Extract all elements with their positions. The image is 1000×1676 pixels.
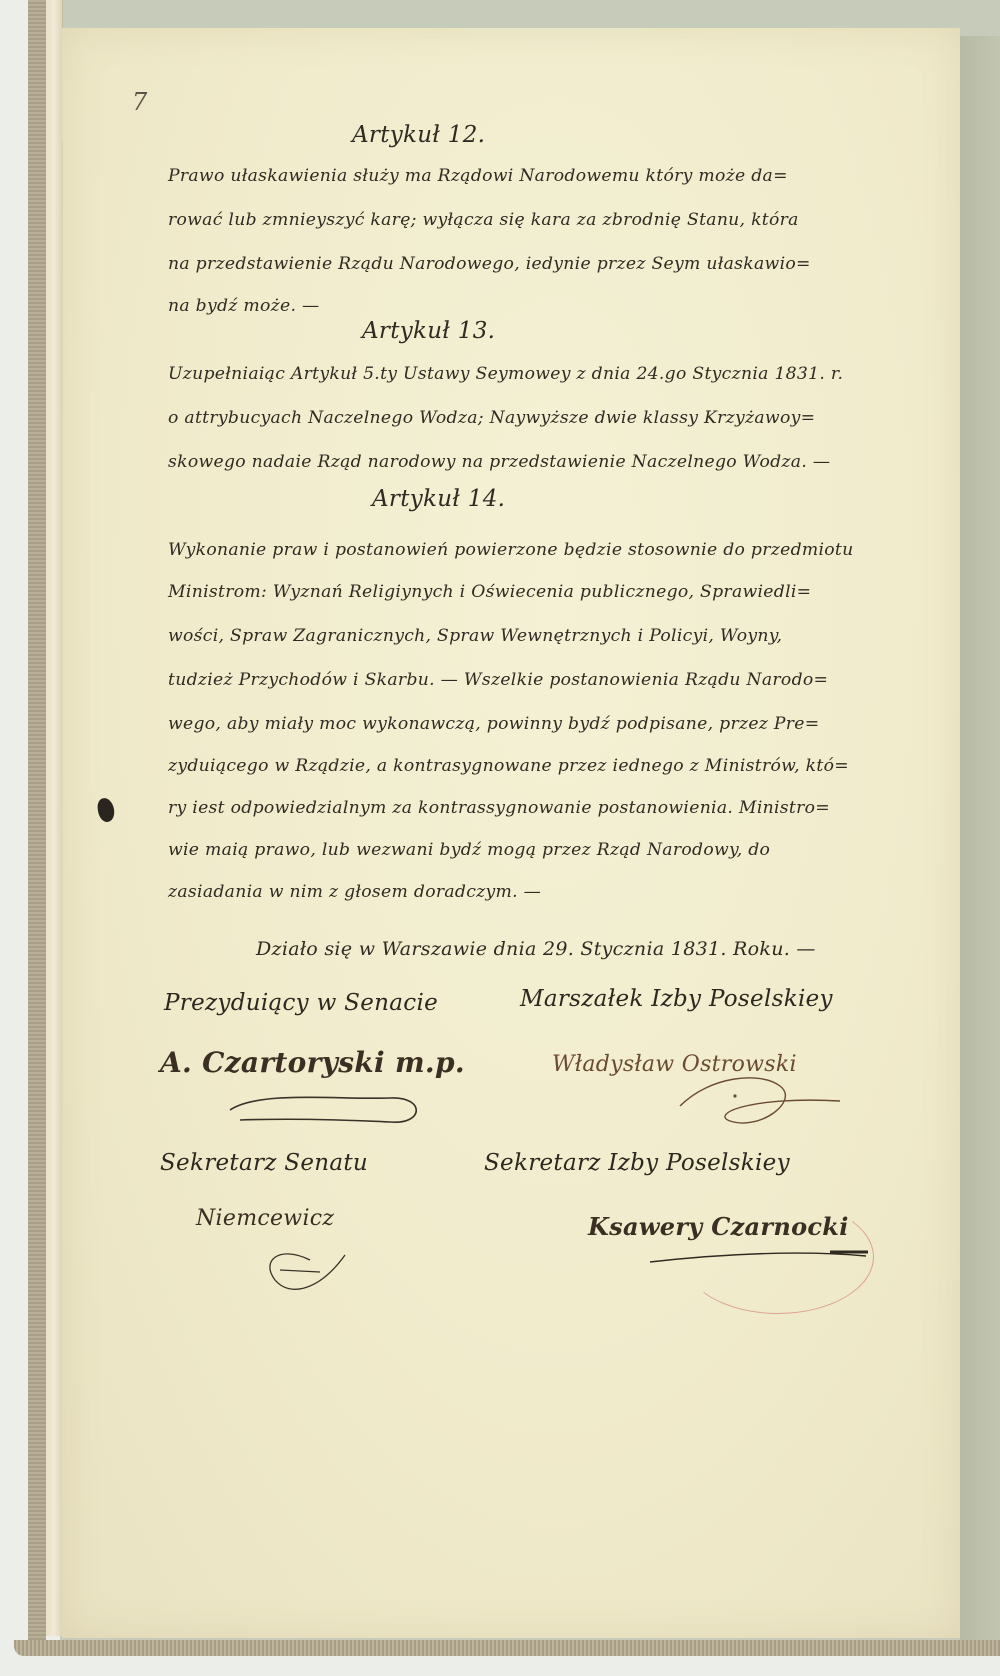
- backing-board-edge: [960, 36, 1000, 1642]
- article-14-line-3: wości, Spraw Zagranicznych, Spraw Wewnęt…: [168, 626, 782, 646]
- signature-niemcewicz: Niemcewicz: [196, 1206, 334, 1231]
- signature-czartoryski: A. Czartoryski m.p.: [160, 1046, 465, 1079]
- article-14-heading: Artykuł 14.: [372, 486, 505, 512]
- article-14-line-7: ry iest odpowiedzialnym za kontrassygnow…: [168, 798, 830, 818]
- linen-binding-bottom: [14, 1640, 1000, 1656]
- margin-rule: [62, 140, 63, 1340]
- article-14-line-4: tudzież Przychodów i Skarbu. — Wszelkie …: [168, 670, 828, 690]
- article-12-line-4: na bydź może. —: [168, 296, 320, 316]
- article-13-line-2: o attrybucyach Naczelnego Wodza; Naywyżs…: [168, 408, 815, 428]
- article-14-line-9: zasiadania w nim z głosem doradczym. —: [168, 882, 541, 902]
- closing-date-line: Działo się w Warszawie dnia 29. Stycznia…: [256, 938, 816, 960]
- signatory-title-chamber-marshal: Marszałek Izby Poselskiey: [520, 986, 833, 1012]
- linen-binding-spine: [28, 0, 46, 1640]
- article-13-line-3: skowego nadaie Rząd narodowy na przedsta…: [168, 452, 830, 472]
- article-13-heading: Artykuł 13.: [362, 318, 495, 344]
- article-14-line-6: zyduiącego w Rządzie, a kontrasygnowane …: [168, 756, 849, 776]
- article-12-heading: Artykuł 12.: [352, 122, 485, 148]
- article-14-line-1: Wykonanie praw i postanowień powierzone …: [168, 540, 854, 560]
- red-seal-trace: [682, 1200, 874, 1314]
- article-12-line-3: na przedstawienie Rządu Narodowego, iedy…: [168, 254, 811, 274]
- signatory-title-chamber-secretary: Sekretarz Izby Poselskiey: [484, 1150, 790, 1176]
- article-12-line-2: rować lub zmnieyszyć karę; wyłącza się k…: [168, 210, 799, 230]
- article-14-line-2: Ministrom: Wyznań Religiynych i Oświecen…: [168, 582, 811, 602]
- folio-number: 7: [132, 88, 147, 116]
- article-14-line-8: wie maią prawo, lub wezwani bydź mogą pr…: [168, 840, 770, 860]
- signatory-title-senate-president: Prezyduiący w Senacie: [164, 990, 438, 1016]
- binding-hinge: [46, 0, 63, 1636]
- article-12-line-1: Prawo ułaskawienia służy ma Rządowi Naro…: [168, 166, 788, 186]
- article-14-line-5: wego, aby miały moc wykonawczą, powinny …: [168, 714, 819, 734]
- signatory-title-senate-secretary: Sekretarz Senatu: [160, 1150, 368, 1176]
- signature-ostrowski: Władysław Ostrowski: [552, 1052, 797, 1077]
- scanned-document-scene: 7 Artykuł 12. Prawo ułaskawienia służy m…: [0, 0, 1000, 1676]
- article-13-line-1: Uzupełniaiąc Artykuł 5.ty Ustawy Seymowe…: [168, 364, 843, 384]
